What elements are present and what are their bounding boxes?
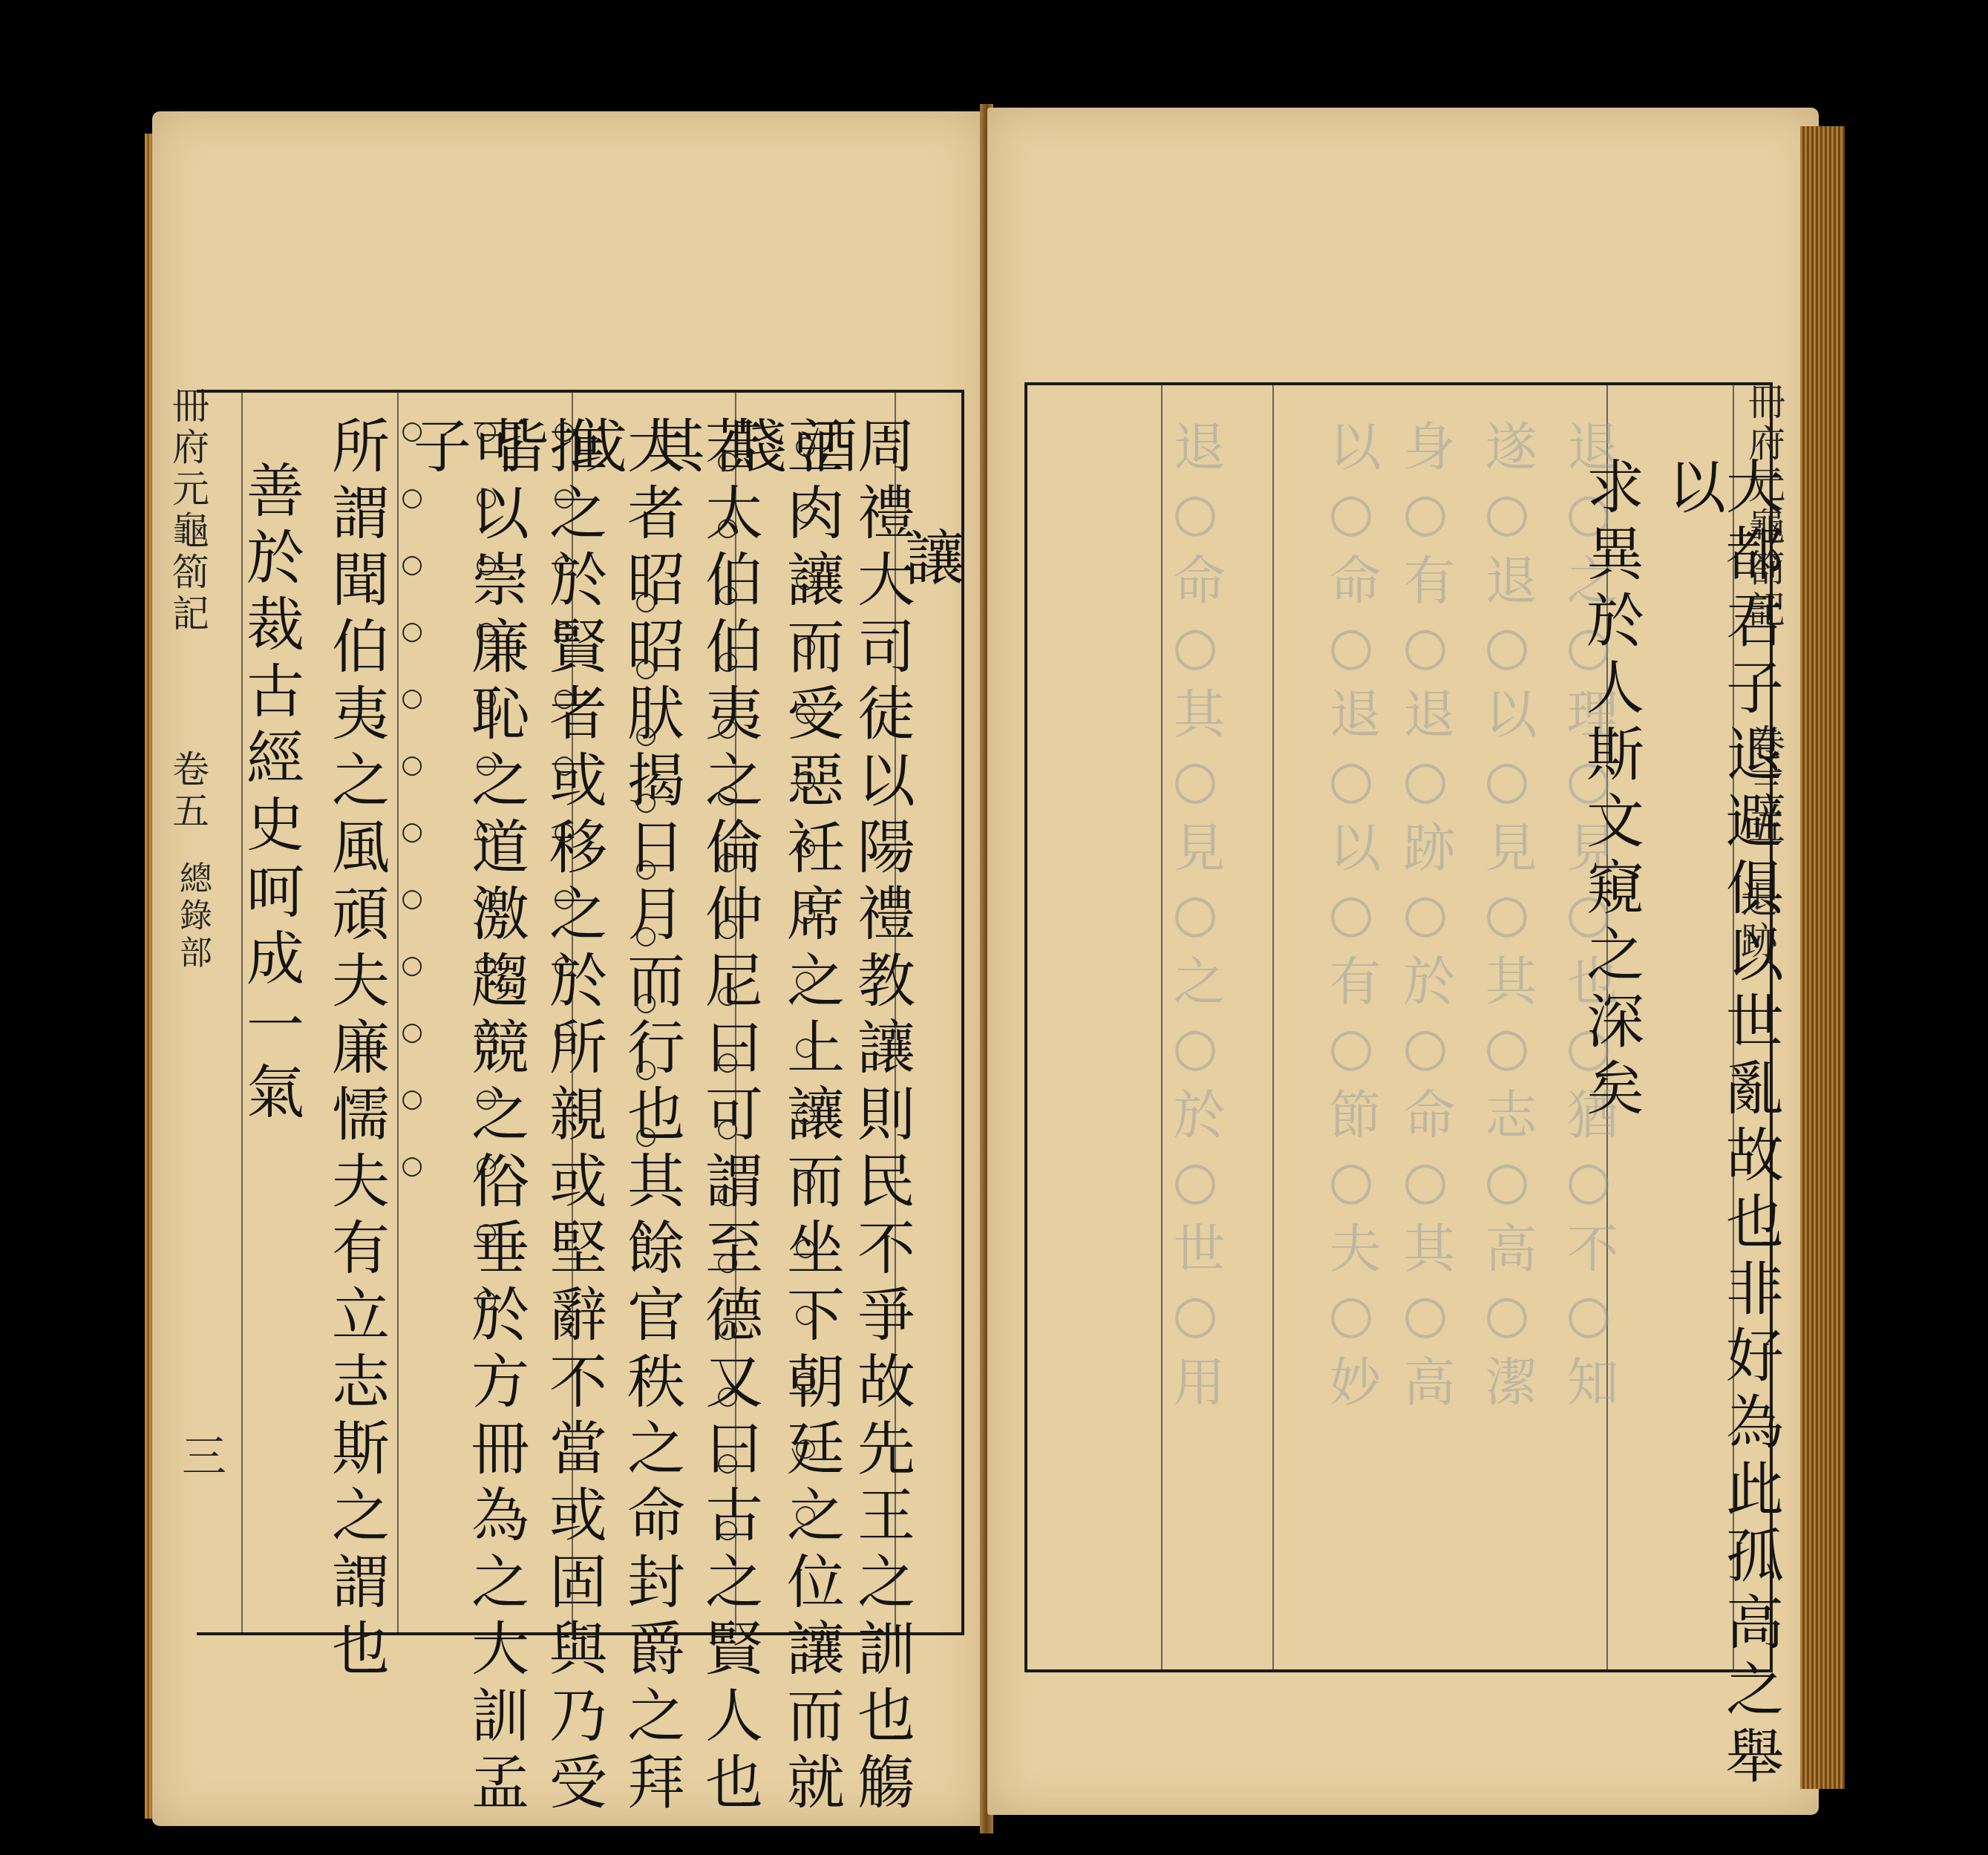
text-column-7: 所謂聞伯夷之風頑夫廉懦夫有立志斯之謂也 (327, 416, 385, 1685)
left-page: 冊府元龜箚記 卷五 總錄部 三 讓 周禮大司徒以陽禮教讓則民不爭故先王之訓也觴酒… (152, 111, 984, 1826)
bleed-through-text: 遂○退○以○見○其○志○高○潔 (1470, 419, 1545, 1417)
emphasis-circles: ○○○○○○○○○ (631, 586, 661, 1188)
emphasis-circles: ○○○○○○○○○○○○○○ (471, 416, 501, 1351)
emphasis-circles: ○○○○○○○○○○ (549, 416, 579, 1084)
emphasis-circles: ○○○○○○○○○○○○○○○○○ (791, 431, 820, 1566)
page-edges-right (1800, 126, 1845, 1789)
right-text-column-1: 大都君子退避俱以世亂故也非好為此孤高之舉以 (1663, 457, 1779, 1815)
open-book: 冊府元龜箚記 卷五 總錄部 三 讓 周禮大司徒以陽禮教讓則民不爭故先王之訓也觴酒… (145, 104, 1845, 1833)
emphasis-circles: ○○○○○○○○○○○○ (397, 416, 427, 1217)
right-page: 冊府元龜箚記 卷三五 退跡 退○之○理○見○也○猶○不○知 遂○退○以○見○其○… (987, 108, 1819, 1815)
right-text-column-2: 求異於人斯文窺之深矣 (1581, 457, 1639, 1125)
bleed-through-text: 以○命○退○以○有○節○夫○妙 (1314, 419, 1389, 1417)
emphasis-circles: ○○○○○○○○○○○○○○○○○ (713, 445, 742, 1581)
bleed-through-text: 退○命○其○見○之○於○世○用 (1158, 419, 1233, 1417)
bleed-through-text: 身○有○退○跡○於○命○其○高 (1388, 419, 1463, 1417)
column-rule (1272, 385, 1274, 1669)
text-column-8-commentary: 善於裁古經史呵成一氣 (241, 460, 299, 1128)
